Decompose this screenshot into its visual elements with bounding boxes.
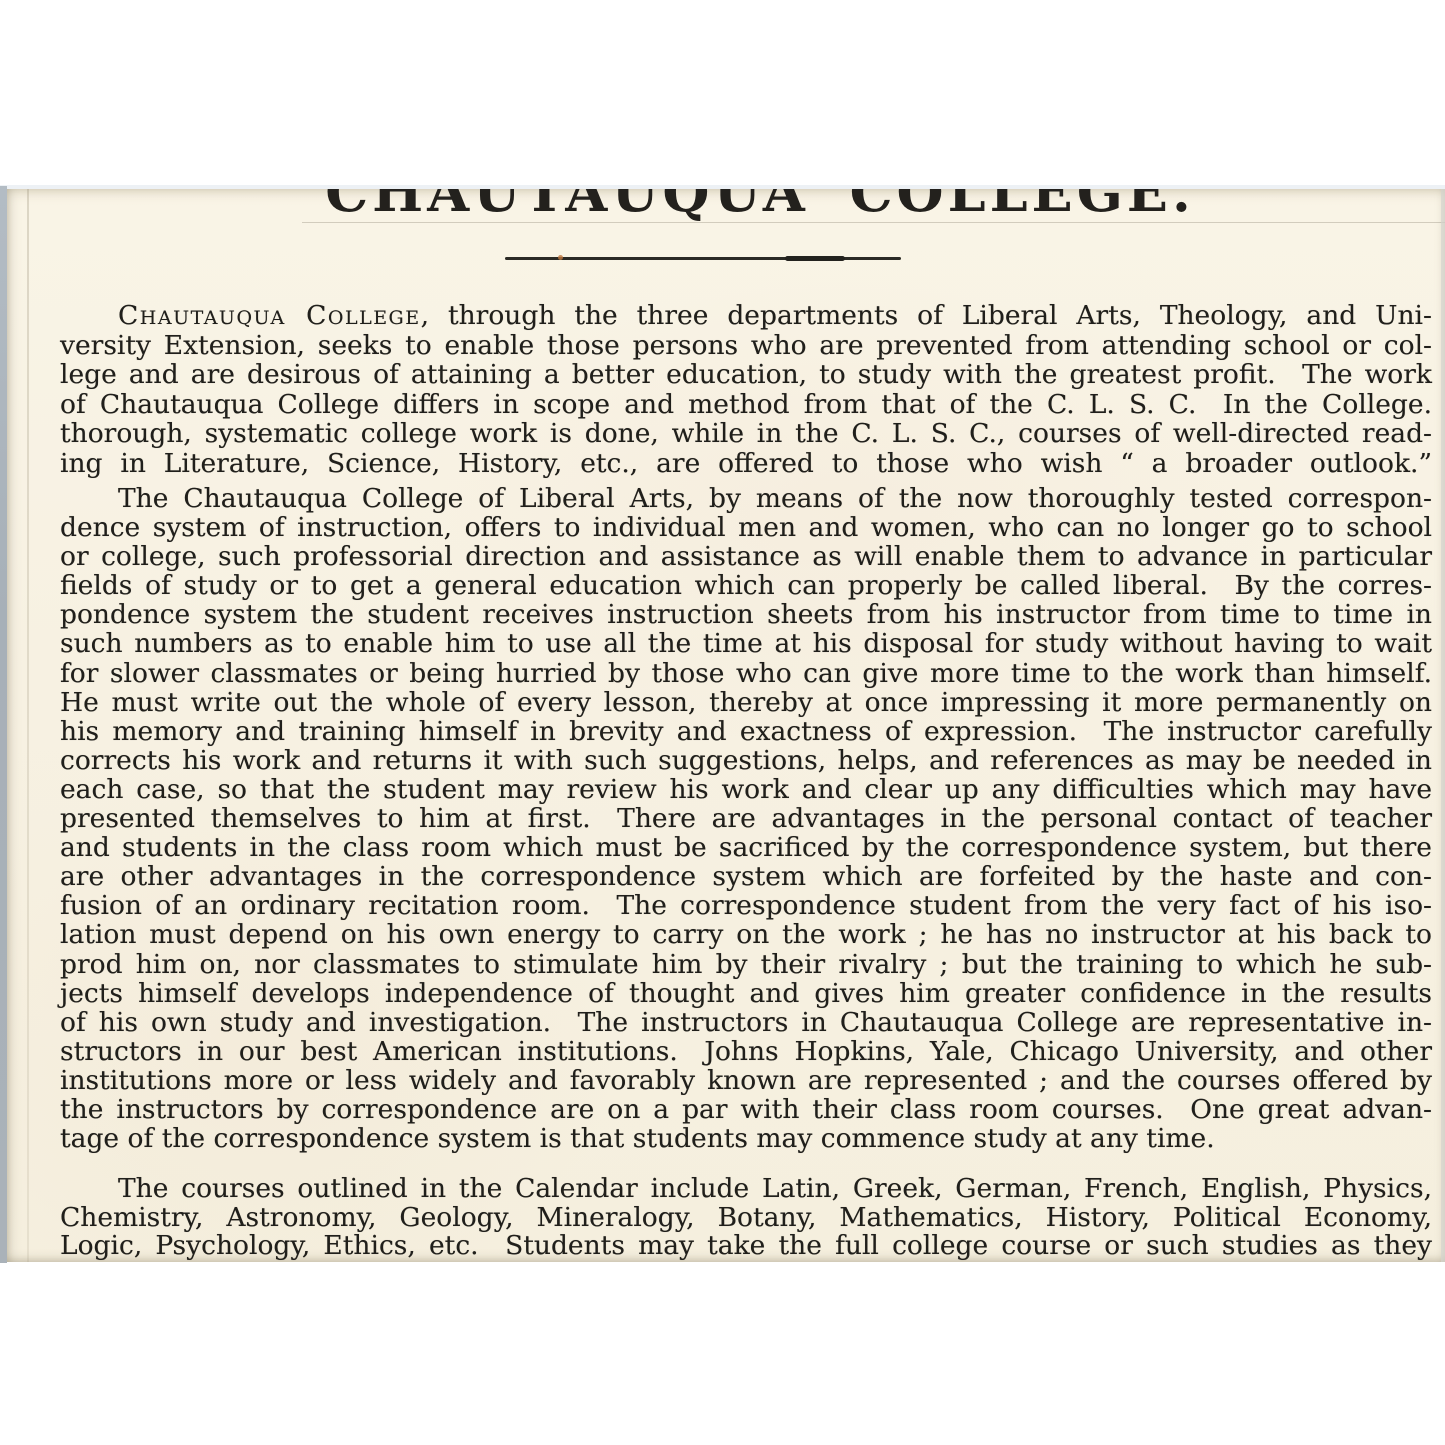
paper-right-edge [1441,189,1445,1262]
text-line: He must write out the whole of every les… [60,688,1432,717]
text-line: Chautauqua College, through the three de… [60,301,1432,331]
text-line: structors in our best American instituti… [60,1037,1432,1066]
text-line: and students in the class room which mus… [60,833,1432,862]
text-line: versity Extension, seeks to enable those… [60,331,1432,361]
text-line: thorough, systematic college work is don… [60,419,1432,449]
text-line: The Chautauqua College of Liberal Arts, … [60,484,1432,513]
paper-sheet: CHAUTAUQUA COLLEGE. Chautauqua College, … [7,189,1445,1262]
page-title: CHAUTAUQUA COLLEGE. [41,189,1445,219]
text-line: each case, so that the student may revie… [60,775,1432,804]
text-line: fusion of an ordinary recitation room. T… [60,891,1432,920]
text-line: for slower classmates or being hurried b… [60,659,1432,688]
text-line: prod him on, nor classmates to stimulate… [60,950,1432,979]
text-line: the instructors by correspondence are on… [60,1095,1432,1124]
paper-fold-line [302,222,1445,223]
text-line: jects himself develops independence of t… [60,979,1432,1008]
text-line: Chemistry, Astronomy, Geology, Mineralog… [60,1204,1432,1233]
scanned-document-photo: { "page": { "background": "#ffffff" }, "… [0,0,1445,1445]
scanner-background-strip [0,186,7,1263]
text-line: ing in Literature, Science, History, etc… [60,449,1432,479]
text-line: or college, such professorial direction … [60,542,1432,571]
paragraph-courses: The courses outlined in the Calendar inc… [60,1175,1432,1262]
smallcaps-lead: Chautauqua College [118,300,421,331]
paragraph-intro: Chautauqua College, through the three de… [60,301,1432,479]
ink-speck [558,255,563,260]
text-line: pondence system the student receives ins… [60,600,1432,629]
text-line: tage of the correspondence system is tha… [60,1124,1432,1153]
rule-ink-blob [785,256,845,261]
paragraph-correspondence-system: The Chautauqua College of Liberal Arts, … [60,484,1432,1153]
text-line: corrects his work and returns it with su… [60,746,1432,775]
text-line: lege and are desirous of attaining a bet… [60,360,1432,390]
text-line: such numbers as to enable him to use all… [60,629,1432,658]
text-line: of his own study and investigation. The … [60,1008,1432,1037]
text-line: of Chautauqua College differs in scope a… [60,390,1432,420]
text-line: lation must depend on his own energy to … [60,920,1432,949]
title-divider-rule [505,257,901,260]
text-line: are other advantages in the corresponden… [60,862,1432,891]
text-line: presented themselves to him at first. Th… [60,804,1432,833]
paper-crease-left [27,189,29,1262]
text-line: dence system of instruction, offers to i… [60,513,1432,542]
text-line-rest: , through the three departments of Liber… [421,300,1432,331]
text-line: institutions more or less widely and fav… [60,1066,1432,1095]
text-line: Logic, Psychology, Ethics, etc. Students… [60,1232,1432,1262]
text-line: his memory and training himself in brevi… [60,717,1432,746]
text-line: fields of study or to get a general educ… [60,571,1432,600]
text-line: The courses outlined in the Calendar inc… [60,1175,1432,1204]
